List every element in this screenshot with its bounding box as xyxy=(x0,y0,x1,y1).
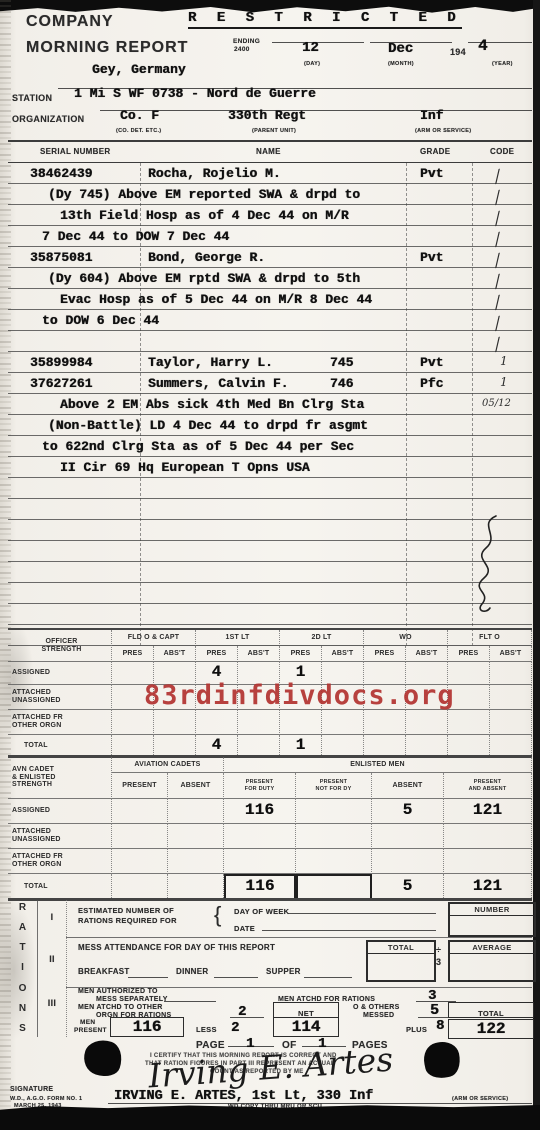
label-line: NOT FOR DY xyxy=(316,786,352,792)
grade-value: Pvt xyxy=(420,166,443,181)
report-location: Gey, Germany xyxy=(92,62,186,77)
ration-total-box: TOTAL xyxy=(448,1002,534,1018)
enlisted-cell xyxy=(112,849,168,874)
divide-sign: ÷ xyxy=(436,945,441,955)
grade-value: Pvt xyxy=(420,355,443,370)
enlisted-cell xyxy=(112,799,168,824)
roster-row: 37627261 Summers, Calvin F. 746 Pfc 1 xyxy=(8,373,532,394)
number-box-label: NUMBER xyxy=(450,904,534,916)
present-label: PRESENT xyxy=(74,1027,107,1034)
col-group-aviation-cadets: AVIATION CADETS xyxy=(112,757,224,773)
enlisted-cell xyxy=(168,849,224,874)
col-pres: PRES xyxy=(196,646,238,662)
code-mark: 1 xyxy=(500,354,540,368)
roster-row: 13th Field Hosp as of 4 Dec 44 on M/R / xyxy=(8,205,532,226)
col-present-not-for-duty: PRESENT NOT FOR DY xyxy=(296,773,372,799)
officer-cell xyxy=(490,735,532,757)
vertical-letter: T xyxy=(19,943,25,953)
roster-row-empty xyxy=(8,541,532,562)
men-present-box: 116 xyxy=(110,1017,184,1037)
men-authorized-label: MEN AUTHORIZED TO xyxy=(78,988,158,995)
row-label-attached-fr-other: ATTACHED FR OTHER ORGN xyxy=(8,710,112,735)
ending-2400-label: 2400 xyxy=(234,46,250,53)
ink-blot xyxy=(79,1035,126,1081)
organization-label: ORGANIZATION xyxy=(12,114,84,124)
enlisted-cell xyxy=(168,874,224,900)
grade-value: Pvt xyxy=(420,250,443,265)
enlisted-cell xyxy=(168,799,224,824)
average-box: AVERAGE xyxy=(448,940,536,982)
vertical-letter: N xyxy=(19,1004,26,1014)
less-value: 2 xyxy=(231,1020,239,1036)
day-of-week-label: DAY OF WEEK xyxy=(234,907,289,916)
section-ii: II xyxy=(38,954,66,964)
officer-cell xyxy=(238,710,280,735)
row-label-attached-fr-other: ATTACHED FR OTHER ORGN xyxy=(8,849,112,874)
form-number: W.D., A.G.O. FORM NO. 1 xyxy=(10,1096,82,1102)
serial-number: 35899984 xyxy=(30,355,92,370)
roster-row: 35875081 Bond, George R. Pvt / xyxy=(8,247,532,268)
net-value-box: 114 xyxy=(273,1017,339,1037)
col-abst: ABS'T xyxy=(490,646,532,662)
men-atchd-other-label-1: MEN ATCHD TO OTHER xyxy=(78,1004,163,1011)
col-pres: PRES xyxy=(364,646,406,662)
code-header: CODE xyxy=(490,147,514,156)
soldier-name: Rocha, Rojelio M. xyxy=(148,166,281,181)
roster-row: (Dy 604) Above EM rptd SWA & drpd to 5th… xyxy=(8,268,532,289)
col-abst: ABS'T xyxy=(406,646,448,662)
rations-section: R A T I O N S I II III ESTIMATED NUMBER … xyxy=(8,898,532,1037)
vertical-letter: O xyxy=(19,984,27,994)
serial-number: 35875081 xyxy=(30,250,92,265)
col-pres: PRES xyxy=(280,646,322,662)
label-line: UNASSIGNED xyxy=(12,697,61,705)
col-pres: PRES xyxy=(448,646,490,662)
ruled-line xyxy=(288,913,436,914)
ration-total-label: TOTAL xyxy=(478,1009,504,1018)
col-group-1st-lt: 1ST LT xyxy=(196,630,280,646)
organization-arm: Inf xyxy=(420,108,443,123)
officer-cell xyxy=(112,735,154,757)
soldier-name: Bond, George R. xyxy=(148,250,265,265)
men-label: MEN xyxy=(80,1019,95,1026)
enlisted-cell xyxy=(372,849,444,874)
others-label-1: O & OTHERS xyxy=(353,1004,400,1011)
roster-row-empty xyxy=(8,478,532,499)
breakfast-label: BREAKFAST xyxy=(78,967,130,976)
row-label-total: TOTAL xyxy=(8,735,112,757)
organization-unit: Co. F xyxy=(120,108,159,123)
roster-row-empty xyxy=(8,520,532,541)
section-i: I xyxy=(38,912,66,922)
remark-text: II Cir 69 Hq European T Opns USA xyxy=(60,460,310,475)
officer-cell xyxy=(196,710,238,735)
officer-cell xyxy=(448,710,490,735)
enlisted-total-present-for-duty: 116 xyxy=(224,874,296,900)
remark-text: 13th Field Hosp as of 4 Dec 44 on M/R xyxy=(60,208,349,223)
ink-blot xyxy=(421,1039,464,1082)
mess-attendance-label: MESS ATTENDANCE FOR DAY OF THIS REPORT xyxy=(78,943,275,952)
remark-text: (Dy 604) Above EM rptd SWA & drpd to 5th xyxy=(48,271,360,286)
roster-row: 7 Dec 44 to DOW 7 Dec 44 / xyxy=(8,226,532,247)
code-mark: 05/12 xyxy=(482,398,536,409)
vertical-letter: S xyxy=(19,1024,26,1034)
label-line: ATTACHED xyxy=(12,689,51,697)
label-line: UNASSIGNED xyxy=(12,836,61,844)
rations-section-3: MEN AUTHORIZED TO MESS SEPARATELY MEN AT… xyxy=(66,987,532,1037)
col-group-flt-o: FLT O xyxy=(448,630,532,646)
month-sublabel: (MONTH) xyxy=(388,61,414,67)
net-box: NET xyxy=(273,1002,339,1018)
dinner-label: DINNER xyxy=(176,967,208,976)
signature-label: SIGNATURE xyxy=(10,1086,53,1093)
col-group-wo: WO xyxy=(364,630,448,646)
org-parent-sublabel: (PARENT UNIT) xyxy=(252,128,296,134)
enlisted-cell xyxy=(168,824,224,849)
col-group-enlisted-men: ENLISTED MEN xyxy=(224,757,532,773)
col-present-for-duty: PRESENT FOR DUTY xyxy=(224,773,296,799)
col-abst: ABS'T xyxy=(154,646,196,662)
total-value-box: 122 xyxy=(448,1019,534,1039)
officer-cell xyxy=(154,735,196,757)
year-prefix: 194 xyxy=(450,47,466,57)
org-unit-sublabel: (CO. DET. ETC.) xyxy=(116,128,161,134)
vertical-letter: I xyxy=(21,963,24,973)
org-arm-sublabel: (ARM OR SERVICE) xyxy=(415,128,471,134)
roster-table: SERIAL NUMBER NAME GRADE CODE 38462439 R… xyxy=(8,140,532,646)
ruled-line xyxy=(100,110,532,111)
officer-cell xyxy=(238,735,280,757)
enlisted-assigned-present-for-duty: 116 xyxy=(224,799,296,824)
enlisted-assigned-present-and-absent: 121 xyxy=(444,799,532,824)
station-value: 1 Mi S WF 0738 - Nord de Guerre xyxy=(74,86,316,101)
rations-section-numbers: I II III xyxy=(38,900,67,1037)
col-avn-present: PRESENT xyxy=(112,773,168,799)
col-avn-absent: ABSENT xyxy=(168,773,224,799)
page-label: PAGE xyxy=(196,1040,225,1051)
row-label-assigned: ASSIGNED xyxy=(8,799,112,824)
officer-cell xyxy=(490,662,532,685)
enlisted-cell xyxy=(444,824,532,849)
rations-vertical-label: R A T I O N S xyxy=(8,900,38,1037)
mess-total-box: TOTAL xyxy=(366,940,436,982)
ruled-line xyxy=(304,977,352,978)
officer-cell xyxy=(322,735,364,757)
remark-text: to 622nd Clrg Sta as of 5 Dec 44 per Sec xyxy=(42,439,354,454)
enlisted-cell xyxy=(296,799,372,824)
vertical-letter: R xyxy=(19,903,26,913)
roster-row: (Non-Battle) LD 4 Dec 44 to drpd fr asgm… xyxy=(8,415,532,436)
officer-cell xyxy=(490,685,532,710)
handwritten-signature: Irving E. Artes xyxy=(147,1039,394,1095)
roster-row-empty xyxy=(8,499,532,520)
roster-header-row: SERIAL NUMBER NAME GRADE CODE xyxy=(8,140,532,163)
date-label: DATE xyxy=(234,924,255,933)
title-line: & ENLISTED xyxy=(12,774,56,782)
handwritten-squiggle xyxy=(462,512,506,621)
roster-row: to 622nd Clrg Sta as of 5 Dec 44 per Sec xyxy=(8,436,532,457)
serial-number: 37627261 xyxy=(30,376,92,391)
label-line: OTHER ORGN xyxy=(12,861,61,869)
mos-number: 746 xyxy=(330,376,353,391)
roster-row-empty xyxy=(8,583,532,604)
serial-number: 38462439 xyxy=(30,166,92,181)
report-day: 12 xyxy=(302,40,319,56)
organization-parent: 330th Regt xyxy=(228,108,306,123)
mess-total-label: TOTAL xyxy=(368,942,434,954)
enlisted-strength-table: AVN CADET & ENLISTED STRENGTH AVIATION C… xyxy=(8,755,532,901)
less-label: LESS xyxy=(196,1025,217,1034)
col-group-2d-lt: 2D LT xyxy=(280,630,364,646)
enlisted-cell xyxy=(296,824,372,849)
ruled-line xyxy=(214,977,258,978)
plus-label: PLUS xyxy=(406,1025,427,1034)
remark-text: Evac Hosp as of 5 Dec 44 on M/R 8 Dec 44 xyxy=(60,292,372,307)
ruled-line xyxy=(262,930,436,931)
officer-cell xyxy=(322,710,364,735)
form-title-morning-report: MORNING REPORT xyxy=(26,39,188,57)
net-value: 114 xyxy=(292,1018,321,1036)
enlisted-cell xyxy=(296,874,372,900)
men-present-value: 116 xyxy=(133,1018,162,1036)
col-em-absent: ABSENT xyxy=(372,773,444,799)
label-line: AND ABSENT xyxy=(469,786,507,792)
vertical-letter: A xyxy=(19,923,26,933)
label-line: ATTACHED FR xyxy=(12,853,63,861)
restricted-stamp: R E S T R I C T E D xyxy=(188,10,462,29)
roster-row: Above 2 EM Abs sick 4th Med Bn Clrg Sta … xyxy=(8,394,532,415)
enlisted-cell xyxy=(112,874,168,900)
col-group-fldo-capt: FLD O & CAPT xyxy=(112,630,196,646)
enlisted-cell xyxy=(224,824,296,849)
estimated-label-2: RATIONS REQUIRED FOR xyxy=(78,916,177,925)
report-year: 4 xyxy=(478,37,488,55)
remark-text: Above 2 EM Abs sick 4th Med Bn Clrg Sta xyxy=(60,397,364,412)
roster-body: 38462439 Rocha, Rojelio M. Pvt / (Dy 745… xyxy=(8,163,532,646)
station-label: STATION xyxy=(12,93,52,103)
enlisted-total-present-and-absent: 121 xyxy=(444,874,532,900)
divide-by-three: 3 xyxy=(436,957,441,967)
ruled-line xyxy=(128,977,168,978)
watermark-text: 83rdinfdivdocs.org xyxy=(144,680,455,711)
plus-value: 8 xyxy=(436,1018,444,1034)
remark-text: to DOW 6 Dec 44 xyxy=(42,313,159,328)
rations-section-1: ESTIMATED NUMBER OF RATIONS REQUIRED FOR… xyxy=(66,900,532,938)
others-label-2: MESSED xyxy=(363,1012,394,1019)
enlisted-cell xyxy=(296,849,372,874)
section-iii: III xyxy=(38,998,66,1008)
enlisted-cell xyxy=(224,849,296,874)
col-abst: ABS'T xyxy=(322,646,364,662)
title-line: STRENGTH xyxy=(41,646,81,654)
col-present-and-absent: PRESENT AND ABSENT xyxy=(444,773,532,799)
total-value: 122 xyxy=(477,1020,506,1038)
supper-label: SUPPER xyxy=(266,967,301,976)
report-month: Dec xyxy=(388,41,413,57)
label-line: ATTACHED FR xyxy=(12,714,63,722)
officer-total-2lt-pres: 1 xyxy=(280,735,322,757)
officer-cell xyxy=(154,710,196,735)
roster-row: to DOW 6 Dec 44 / xyxy=(8,310,532,331)
roster-row: II Cir 69 Hq European T Opns USA xyxy=(8,457,532,478)
row-label-total: TOTAL xyxy=(8,874,112,900)
row-label-attached-unassigned: ATTACHED UNASSIGNED xyxy=(8,824,112,849)
enlisted-cell xyxy=(112,824,168,849)
grade-header: GRADE xyxy=(420,147,450,156)
code-mark: 1 xyxy=(500,375,540,389)
officer-cell xyxy=(280,710,322,735)
estimated-label-1: ESTIMATED NUMBER OF xyxy=(78,906,174,915)
brace-glyph: { xyxy=(214,902,222,928)
col-abst: ABS'T xyxy=(238,646,280,662)
officer-strength-title: OFFICER STRENGTH xyxy=(8,630,112,662)
remark-text: (Dy 745) Above EM reported SWA & drpd to xyxy=(48,187,360,202)
scan-edge-bottom xyxy=(0,1104,540,1130)
grade-value: Pfc xyxy=(420,376,443,391)
roster-row: Evac Hosp as of 5 Dec 44 on M/R 8 Dec 44… xyxy=(8,289,532,310)
row-label-attached-unassigned: ATTACHED UNASSIGNED xyxy=(8,685,112,710)
typed-signature: IRVING E. ARTES, 1st Lt, 330 Inf xyxy=(114,1089,373,1104)
roster-row-empty xyxy=(8,562,532,583)
mess-separately-label: MESS SEPARATELY xyxy=(96,996,168,1003)
title-line: OFFICER xyxy=(45,638,77,646)
roster-row: 35899984 Taylor, Harry L. 745 Pvt 1 xyxy=(8,352,532,373)
enlisted-strength-title: AVN CADET & ENLISTED STRENGTH xyxy=(8,757,112,799)
arm-service-note: (ARM OR SERVICE) xyxy=(452,1096,508,1102)
ruled-line xyxy=(164,1001,216,1002)
enlisted-total-absent: 5 xyxy=(372,874,444,900)
day-sublabel: (DAY) xyxy=(304,61,320,67)
year-sublabel: (YEAR) xyxy=(492,61,513,67)
col-pres: PRES xyxy=(112,646,154,662)
ruled-line xyxy=(230,1017,264,1018)
roster-row: / xyxy=(8,331,532,352)
serial-number-header: SERIAL NUMBER xyxy=(40,147,110,156)
label-line: FOR DUTY xyxy=(245,786,275,792)
mos-number: 745 xyxy=(330,355,353,370)
officer-cell xyxy=(406,710,448,735)
officer-cell xyxy=(364,735,406,757)
roster-row: 38462439 Rocha, Rojelio M. Pvt / xyxy=(8,163,532,184)
form-title-company: COMPANY xyxy=(26,13,114,31)
roster-row-empty xyxy=(8,604,532,625)
title-line: AVN CADET xyxy=(12,766,54,774)
soldier-name: Taylor, Harry L. xyxy=(148,355,273,370)
enlisted-cell xyxy=(444,849,532,874)
officer-cell xyxy=(448,735,490,757)
officer-total-1lt-pres: 4 xyxy=(196,735,238,757)
ending-label: ENDING xyxy=(233,38,260,45)
roster-row: (Dy 745) Above EM reported SWA & drpd to… xyxy=(8,184,532,205)
row-label-assigned: ASSIGNED xyxy=(8,662,112,685)
officer-cell xyxy=(406,735,448,757)
label-line: ATTACHED xyxy=(12,828,51,836)
rations-section-2: MESS ATTENDANCE FOR DAY OF THIS REPORT B… xyxy=(66,937,532,988)
title-line: STRENGTH xyxy=(12,781,52,789)
enlisted-assigned-absent: 5 xyxy=(372,799,444,824)
label-line: OTHER ORGN xyxy=(12,722,61,730)
officer-cell xyxy=(364,710,406,735)
officer-cell xyxy=(112,710,154,735)
remark-text: 7 Dec 44 to DOW 7 Dec 44 xyxy=(42,229,229,244)
name-header: NAME xyxy=(256,147,281,156)
number-box: NUMBER xyxy=(448,902,536,937)
soldier-name: Summers, Calvin F. xyxy=(148,376,288,391)
officer-cell xyxy=(490,710,532,735)
morning-report-document: COMPANY R E S T R I C T E D MORNING REPO… xyxy=(0,0,540,1130)
average-box-label: AVERAGE xyxy=(450,942,534,954)
enlisted-cell xyxy=(372,824,444,849)
remark-text: (Non-Battle) LD 4 Dec 44 to drpd fr asgm… xyxy=(48,418,368,433)
